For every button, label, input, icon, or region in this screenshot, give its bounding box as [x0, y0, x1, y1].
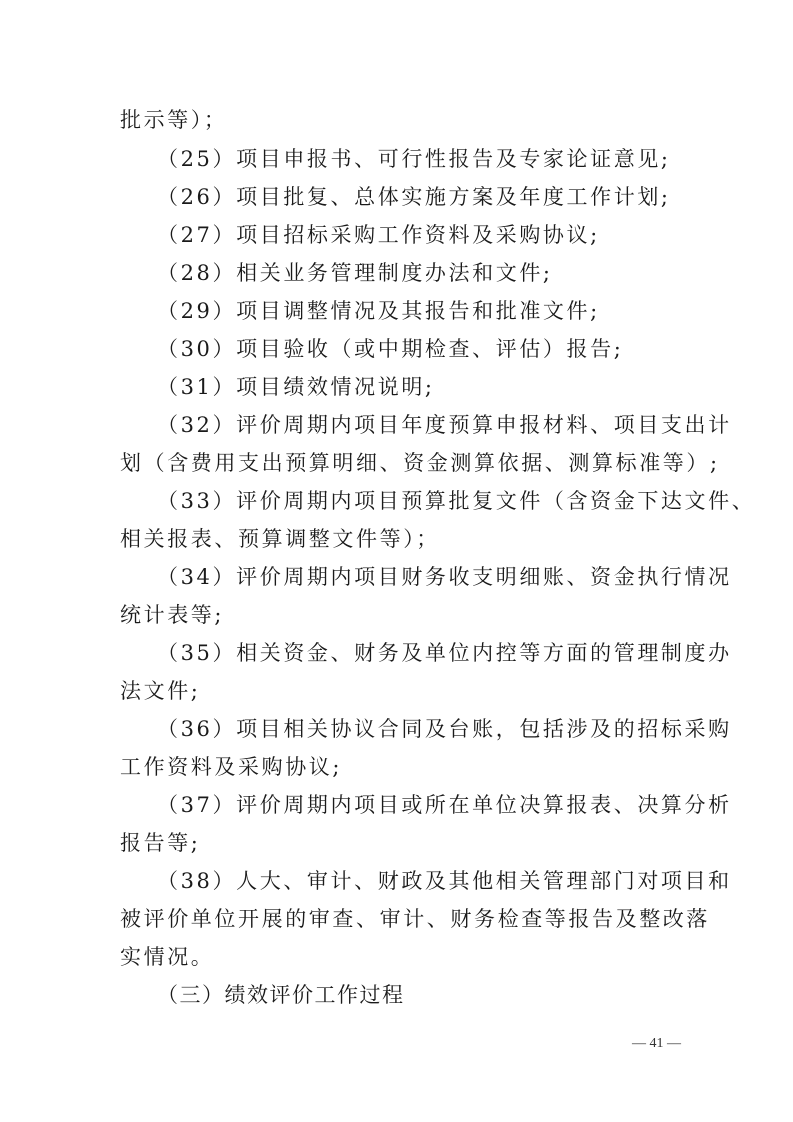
page-number: — 41 —: [632, 1036, 681, 1052]
list-item-27: （27）项目招标采购工作资料及采购协议;: [157, 221, 717, 249]
list-item-29: （29）项目调整情况及其报告和批准文件;: [157, 297, 717, 325]
list-item-37: （37）评价周期内项目或所在单位决算报表、决算分析: [157, 791, 717, 819]
list-item-36: （36）项目相关协议合同及台账，包括涉及的招标采购: [157, 715, 717, 743]
list-item-35: （35）相关资金、财务及单位内控等方面的管理制度办: [157, 639, 717, 667]
list-item-32-continuation: 划（含费用支出预算明细、资金测算依据、测算标准等）;: [120, 449, 680, 477]
text-line-continuation-24: 批示等）；: [120, 106, 680, 134]
section-heading: （三）绩效评价工作过程: [157, 981, 717, 1009]
list-item-28: （28）相关业务管理制度办法和文件;: [157, 259, 717, 287]
list-item-38: （38）人大、审计、财政及其他相关管理部门对项目和: [157, 867, 717, 895]
list-item-30: （30）项目验收（或中期检查、评估）报告;: [157, 335, 717, 363]
list-item-38-continuation: 被评价单位开展的审查、审计、财务检查等报告及整改落: [120, 905, 680, 933]
list-item-32: （32）评价周期内项目年度预算申报材料、项目支出计: [157, 411, 717, 439]
list-item-36-continuation: 工作资料及采购协议;: [120, 753, 680, 781]
list-item-33-continuation: 相关报表、预算调整文件等）；: [120, 525, 680, 553]
list-item-33: （33）评价周期内项目预算批复文件（含资金下达文件、: [157, 487, 717, 515]
list-item-35-continuation: 法文件;: [120, 677, 680, 705]
document-page: 批示等）； （25）项目申报书、可行性报告及专家论证意见; （26）项目批复、总…: [0, 0, 793, 1122]
list-item-34-continuation: 统计表等;: [120, 601, 680, 629]
list-item-37-continuation: 报告等;: [120, 829, 680, 857]
list-item-38-continuation-2: 实情况。: [120, 943, 680, 971]
list-item-26: （26）项目批复、总体实施方案及年度工作计划;: [157, 183, 717, 211]
list-item-31: （31）项目绩效情况说明;: [157, 373, 717, 401]
list-item-25: （25）项目申报书、可行性报告及专家论证意见;: [157, 145, 717, 173]
list-item-34: （34）评价周期内项目财务收支明细账、资金执行情况: [157, 563, 717, 591]
